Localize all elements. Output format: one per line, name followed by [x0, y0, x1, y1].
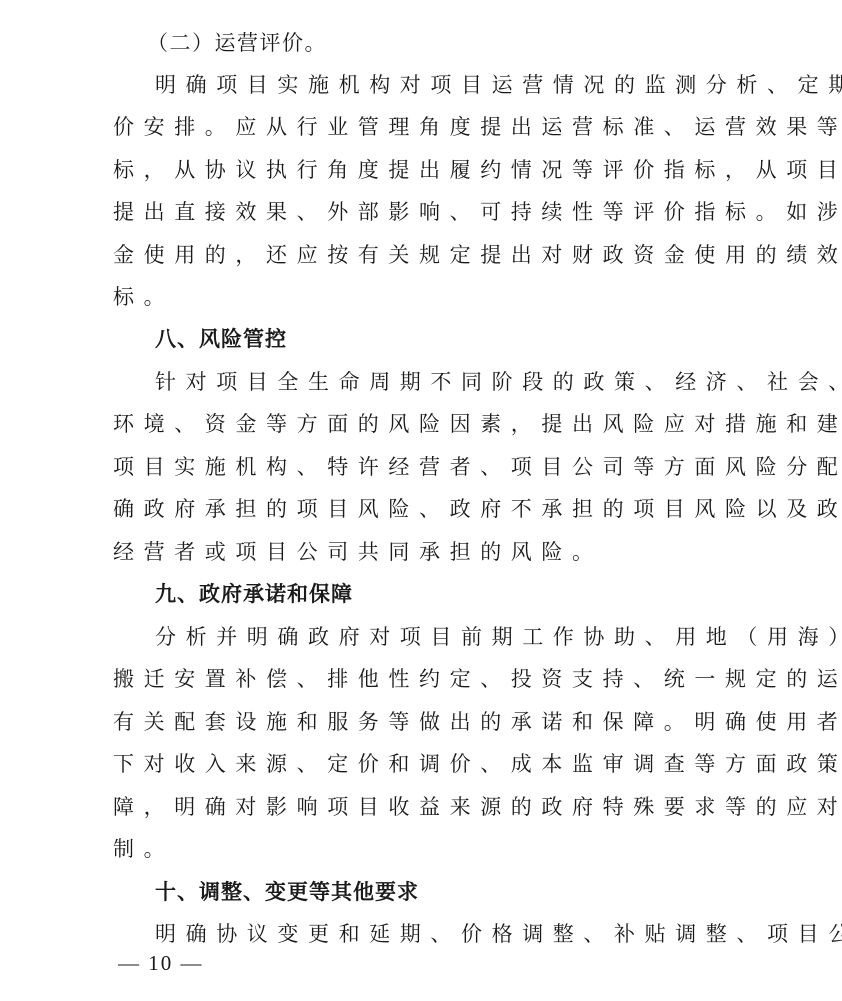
- paragraph-line: 针对项目全生命周期不同阶段的政策、经济、社会、工程、: [155, 361, 775, 403]
- paragraph-line: 确政府承担的项目风险、政府不承担的项目风险以及政府和特许: [113, 488, 733, 530]
- paragraph-line: 明确协议变更和延期、价格调整、补贴调整、项目公司股权: [155, 913, 775, 955]
- paragraph-line: 经营者或项目公司共同承担的风险。: [113, 531, 733, 573]
- paragraph-line: 标，从协议执行角度提出履约情况等评价指标，从项目效果角度: [113, 149, 733, 191]
- section-2-heading: （二）运营评价。: [147, 22, 767, 64]
- paragraph-line: 分析并明确政府对项目前期工作协助、用地（用海）和移民: [155, 616, 775, 658]
- paragraph-line: 障，明确对影响项目收益来源的政府特殊要求等的应对性保障机: [113, 786, 733, 828]
- document-page: （二）运营评价。 明确项目实施机构对项目运营情况的监测分析、定期运营评 价安排。…: [0, 0, 842, 1001]
- paragraph-line: 项目实施机构、特许经营者、项目公司等方面风险分配原则，明: [113, 446, 733, 488]
- section-10-heading: 十、调整、变更等其他要求: [155, 871, 775, 913]
- section-9-heading: 九、政府承诺和保障: [155, 573, 775, 615]
- paragraph-line: 环境、资金等方面的风险因素，提出风险应对措施和建议，明确: [113, 403, 733, 445]
- paragraph-line: 搬迁安置补偿、排他性约定、投资支持、统一规定的运营补贴、: [113, 658, 733, 700]
- paragraph-line: 有关配套设施和服务等做出的承诺和保障。明确使用者付费机制: [113, 701, 733, 743]
- paragraph-line: 制。: [113, 828, 733, 870]
- page-number: — 10 —: [118, 948, 204, 978]
- paragraph-line: 下对收入来源、定价和调价、成本监审调查等方面政策规定的保: [113, 743, 733, 785]
- paragraph-line: 标。: [113, 276, 733, 318]
- section-8-heading: 八、风险管控: [155, 318, 775, 360]
- paragraph-line: 金使用的，还应按有关规定提出对财政资金使用的绩效评价指: [113, 234, 733, 276]
- paragraph-line: 价安排。应从行业管理角度提出运营标准、运营效果等评价指: [113, 106, 733, 148]
- paragraph-line: 明确项目实施机构对项目运营情况的监测分析、定期运营评: [155, 64, 775, 106]
- paragraph-line: 提出直接效果、外部影响、可持续性等评价指标。如涉及财政资: [113, 191, 733, 233]
